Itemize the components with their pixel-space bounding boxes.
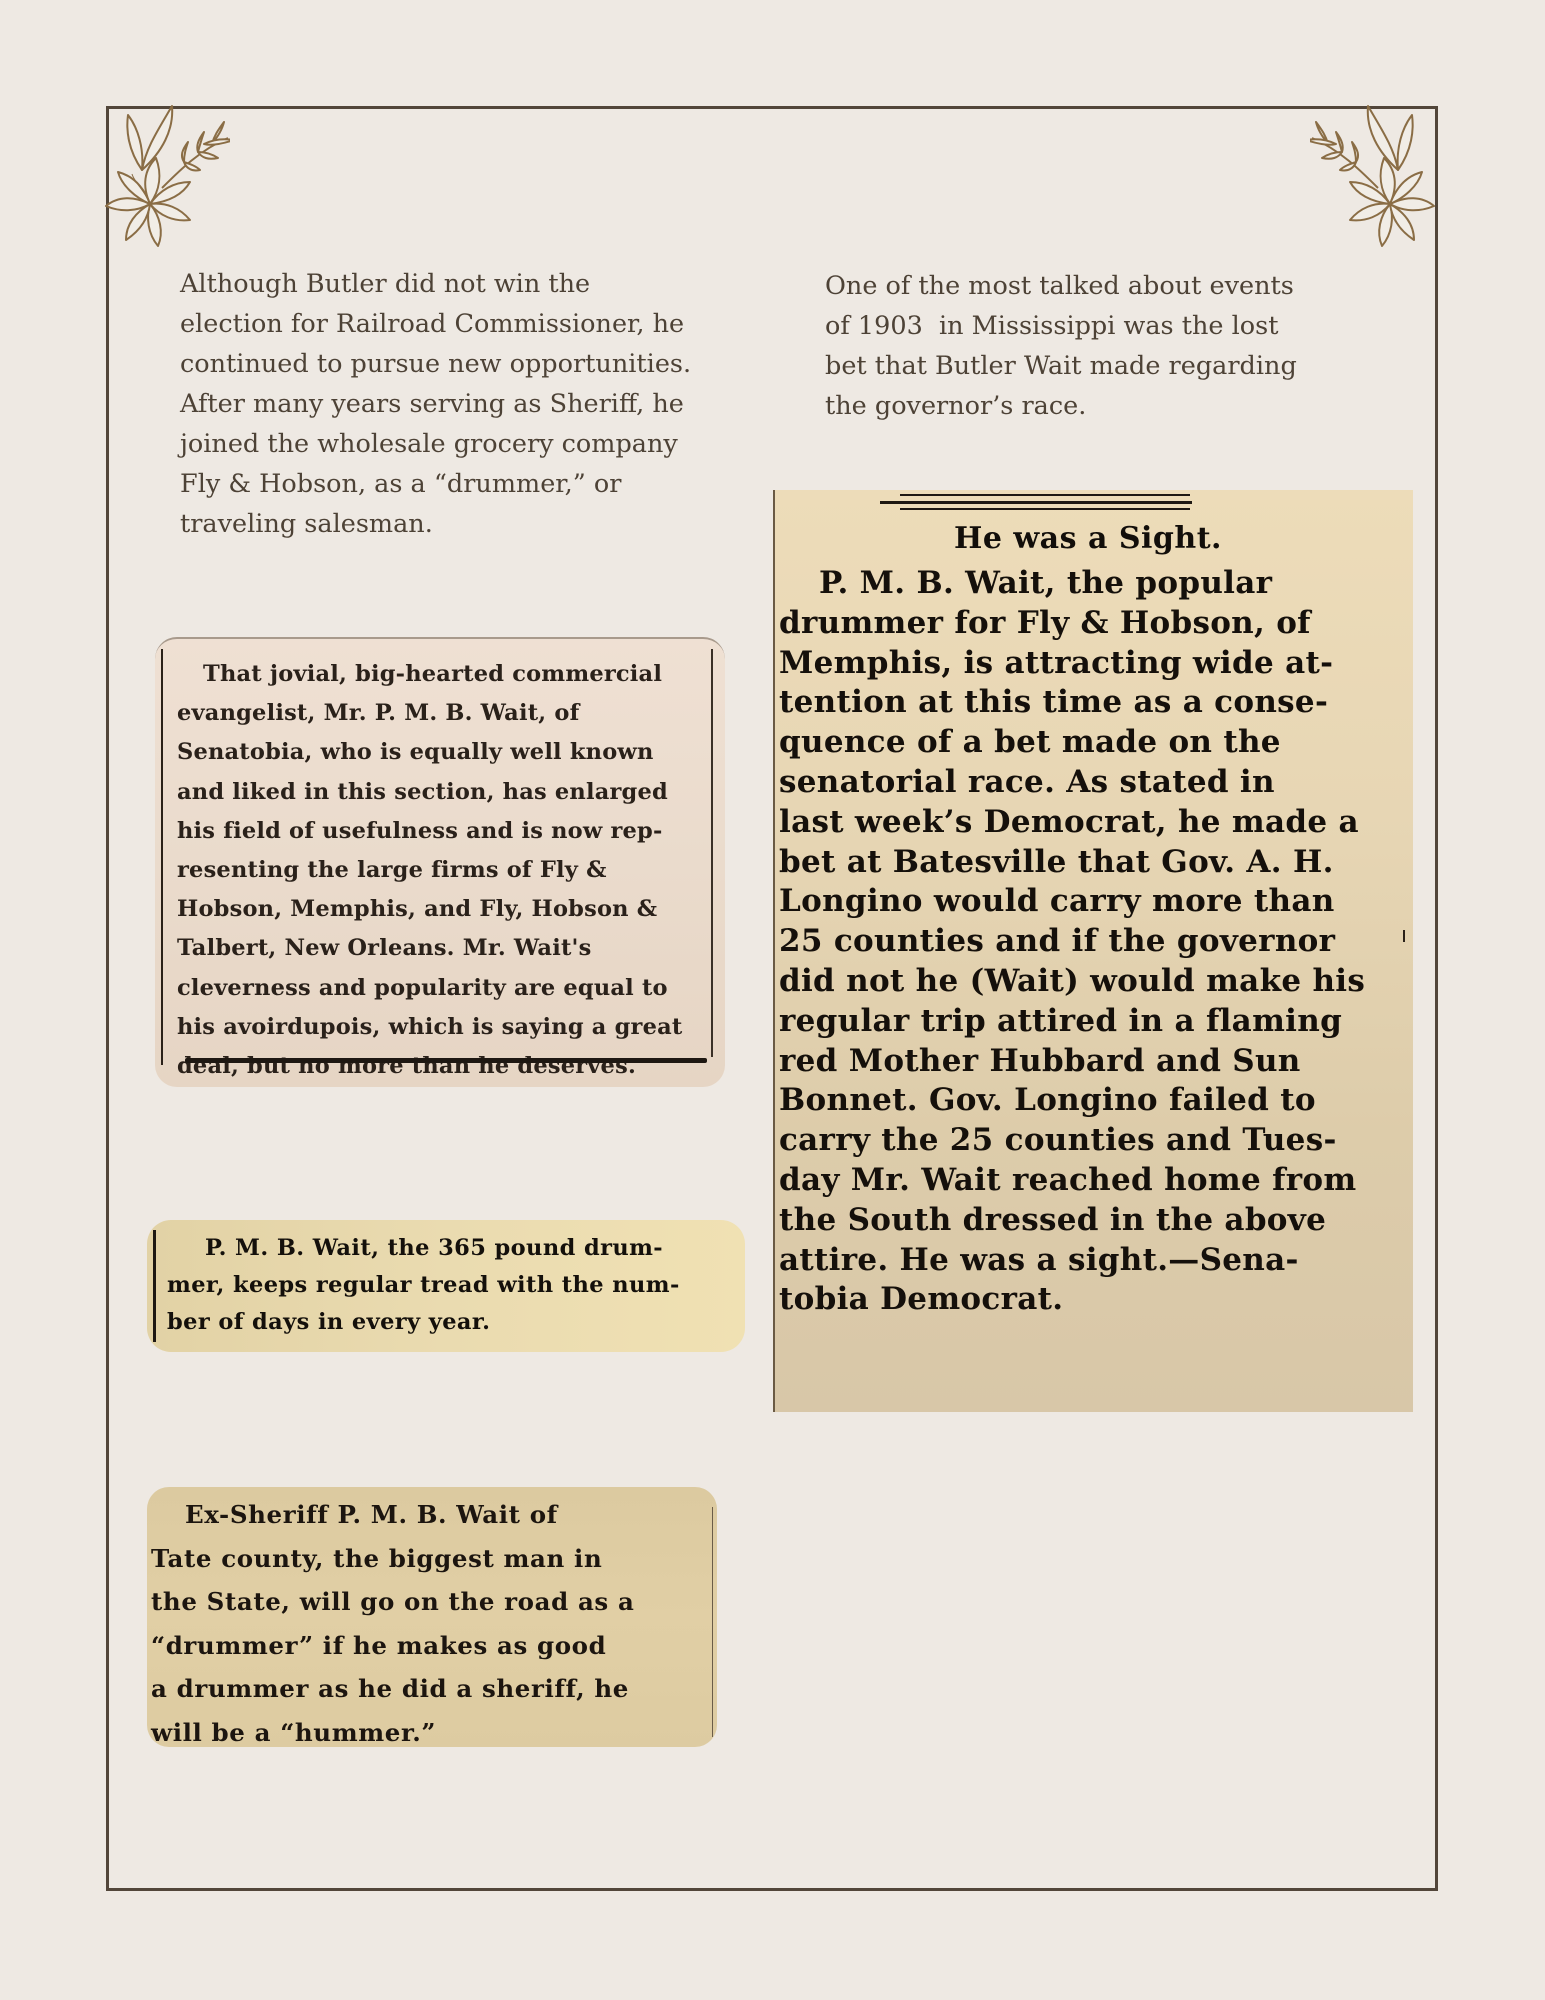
clipping-text-line: the State, will go on the road as a [151,1580,703,1624]
clipping-text-line: deal, but no more than he deserves. [171,1047,707,1086]
header-rule [880,501,1192,504]
text-line: bet that Butler Wait made regarding [825,346,1365,386]
clipping-text-line: Ex-Sheriff P. M. B. Wait of [151,1493,703,1537]
clipping-text-line: bet at Batesville that Gov. A. H. [779,843,1397,883]
clipping-text-line: Bonnet. Gov. Longino failed to [779,1081,1397,1121]
clipping-text-line: resenting the large firms of Fly & [171,851,707,890]
header-rule [900,494,1190,496]
clipping-text-line: will be a “hummer.” [151,1711,703,1748]
clipping-text-line: drummer for Fly & Hobson, of [779,604,1397,644]
clipping-text-line: regular trip attired in a flaming [779,1002,1397,1042]
clipping-text-line: tention at this time as a conse- [779,683,1397,723]
column-rule [153,1230,156,1342]
intro-paragraph-left: Although Butler did not win the election… [180,264,740,544]
text-line: traveling salesman. [180,504,740,544]
newspaper-clipping-he-was-a-sight: He was a Sight. P. M. B. Wait, the popul… [773,490,1413,1412]
newspaper-clipping-365-pound-drummer: P. M. B. Wait, the 365 pound drum- mer, … [147,1220,745,1352]
text-line: One of the most talked about events [825,266,1365,306]
clipping-text-line: Tate county, the biggest man in [151,1537,703,1581]
clipping-text-line: ber of days in every year. [167,1304,731,1341]
newspaper-clipping-ex-sheriff: Ex-Sheriff P. M. B. Wait of Tate county,… [147,1487,717,1747]
clipping-text-line: That jovial, big-hearted commercial [171,655,707,694]
column-rule [161,649,163,1065]
text-line: of 1903 in Mississippi was the lost [825,306,1365,346]
clipping-text-line: tobia Democrat. [779,1280,1397,1320]
clipping-text-line: P. M. B. Wait, the popular [779,564,1397,604]
clipping-text-line: last week’s Democrat, he made a [779,803,1397,843]
clipping-text-line: Senatobia, who is equally well known [171,733,707,772]
clipping-text-line: senatorial race. As stated in [779,763,1397,803]
header-rule [900,508,1190,510]
clipping-text-line: Memphis, is attracting wide at- [779,644,1397,684]
column-end-rule [185,1058,707,1063]
clipping-text-line: Longino would carry more than [779,882,1397,922]
clipping-text-line: a drummer as he did a sheriff, he [151,1667,703,1711]
clipping-text-line: P. M. B. Wait, the 365 pound drum- [167,1230,731,1267]
clipping-text-line: Hobson, Memphis, and Fly, Hobson & [171,890,707,929]
floral-sprig-icon [80,100,230,250]
text-line: Although Butler did not win the [180,264,740,304]
clipping-text-line: mer, keeps regular tread with the num- [167,1267,731,1304]
text-line: joined the wholesale grocery company [180,424,740,464]
text-line: Fly & Hobson, as a “drummer,” or [180,464,740,504]
clipping-text-line: red Mother Hubbard and Sun [779,1042,1397,1082]
clipping-text-line: carry the 25 counties and Tues- [779,1121,1397,1161]
clipping-text-line: his field of usefulness and is now rep- [171,812,707,851]
clipping-text-line: did not he (Wait) would make his [779,962,1397,1002]
floral-sprig-icon [1310,100,1460,250]
intro-paragraph-right: One of the most talked about events of 1… [825,266,1365,426]
clipping-text-line: the South dressed in the above [779,1201,1397,1241]
text-line: the governor’s race. [825,386,1365,426]
clipping-text-line: quence of a bet made on the [779,723,1397,763]
clipping-text-line: Talbert, New Orleans. Mr. Wait's [171,929,707,968]
clipping-text-line: attire. He was a sight.—Sena- [779,1241,1397,1281]
clipping-text-line: “drummer” if he makes as good [151,1624,703,1668]
column-rule [1403,930,1405,942]
clipping-text-line: 25 counties and if the governor [779,922,1397,962]
newspaper-clipping-jovial-evangelist: That jovial, big-hearted commercial evan… [155,637,725,1087]
clipping-text-line: cleverness and popularity are equal to [171,969,707,1008]
text-line: election for Railroad Commissioner, he [180,304,740,344]
column-rule [711,649,713,1057]
clipping-headline: He was a Sight. [779,520,1397,558]
clipping-text-line: evangelist, Mr. P. M. B. Wait, of [171,694,707,733]
clipping-text-line: and liked in this section, has enlarged [171,773,707,812]
clipping-text-line: day Mr. Wait reached home from [779,1161,1397,1201]
text-line: After many years serving as Sheriff, he [180,384,740,424]
clipping-text-line: his avoirdupois, which is saying a great [171,1008,707,1047]
column-rule [712,1507,713,1737]
text-line: continued to pursue new opportunities. [180,344,740,384]
